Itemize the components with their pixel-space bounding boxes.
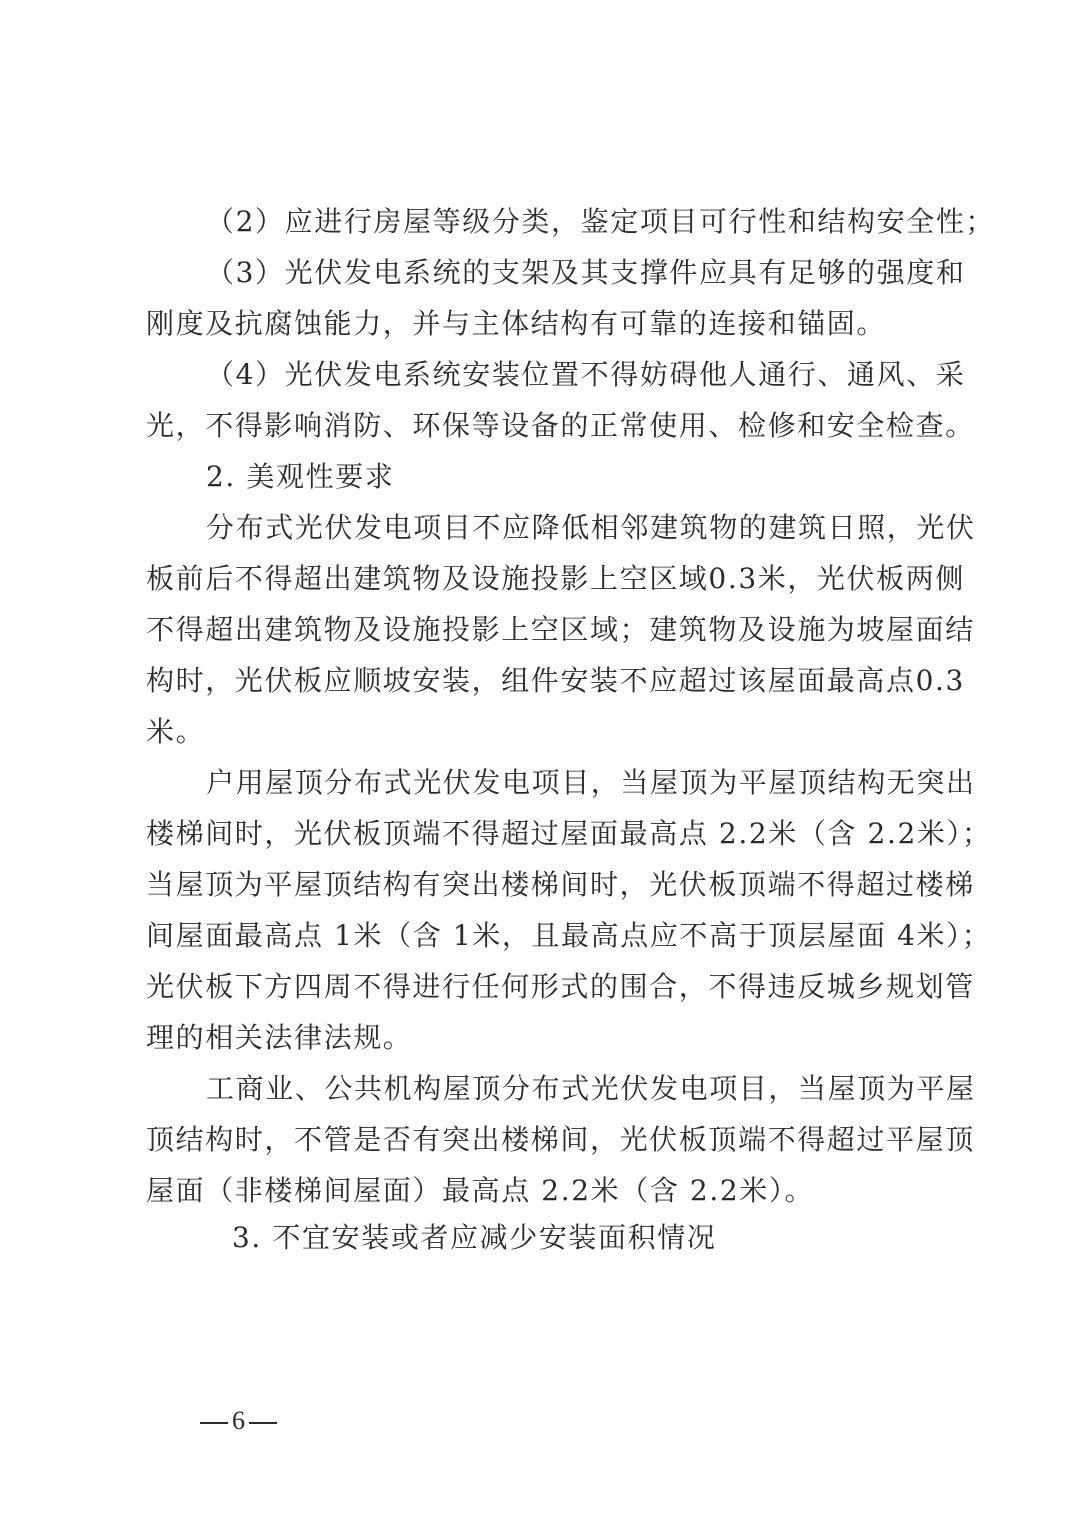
text-line: 当屋顶为平屋顶结构有突出楼梯间时，光伏板顶端不得超过楼梯 xyxy=(146,865,946,905)
text-line: 构时，光伏板应顺坡安装，组件安装不应超过该屋面最高点0.3 xyxy=(146,661,946,701)
text-line: （3）光伏发电系统的支架及其支撑件应具有足够的强度和 xyxy=(206,253,946,293)
text-line: 楼梯间时，光伏板顶端不得超过屋面最高点 2.2米（含 2.2米）； xyxy=(146,814,946,854)
text-line: 屋面（非楼梯间屋面）最高点 2.2米（含 2.2米）。 xyxy=(146,1171,946,1211)
text-line: 3. 不宜安装或者应减少安装面积情况 xyxy=(232,1218,946,1258)
document-page: （2）应进行房屋等级分类，鉴定项目可行性和结构安全性；（3）光伏发电系统的支架及… xyxy=(0,0,1080,1527)
text-line: 2. 美观性要求 xyxy=(206,457,946,497)
page-number-value: 6 xyxy=(232,1406,245,1435)
text-line: （4）光伏发电系统安装位置不得妨碍他人通行、通风、采 xyxy=(206,355,946,395)
text-line: 光伏板下方四周不得进行任何形式的围合，不得违反城乡规划管 xyxy=(146,967,946,1007)
text-line: 工商业、公共机构屋顶分布式光伏发电项目，当屋顶为平屋 xyxy=(206,1069,946,1109)
text-line: 户用屋顶分布式光伏发电项目，当屋顶为平屋顶结构无突出 xyxy=(206,763,946,803)
text-line: 间屋面最高点 1米（含 1米，且最高点应不高于顶层屋面 4米）； xyxy=(146,916,946,956)
text-line: 米。 xyxy=(146,712,946,752)
text-line: 理的相关法律法规。 xyxy=(146,1018,946,1058)
text-line: 顶结构时，不管是否有突出楼梯间，光伏板顶端不得超过平屋顶 xyxy=(146,1120,946,1160)
text-line: 光，不得影响消防、环保等设备的正常使用、检修和安全检查。 xyxy=(146,406,946,446)
page-number-dash-left xyxy=(200,1422,228,1424)
page-number: 6 xyxy=(196,1403,281,1439)
text-line: 刚度及抗腐蚀能力，并与主体结构有可靠的连接和锚固。 xyxy=(146,304,946,344)
page-number-dash-right xyxy=(249,1422,277,1424)
text-line: 不得超出建筑物及设施投影上空区域；建筑物及设施为坡屋面结 xyxy=(146,610,946,650)
text-line: 板前后不得超出建筑物及设施投影上空区域0.3米，光伏板两侧 xyxy=(146,559,946,599)
text-line: （2）应进行房屋等级分类，鉴定项目可行性和结构安全性； xyxy=(206,202,946,242)
text-line: 分布式光伏发电项目不应降低相邻建筑物的建筑日照，光伏 xyxy=(206,508,946,548)
